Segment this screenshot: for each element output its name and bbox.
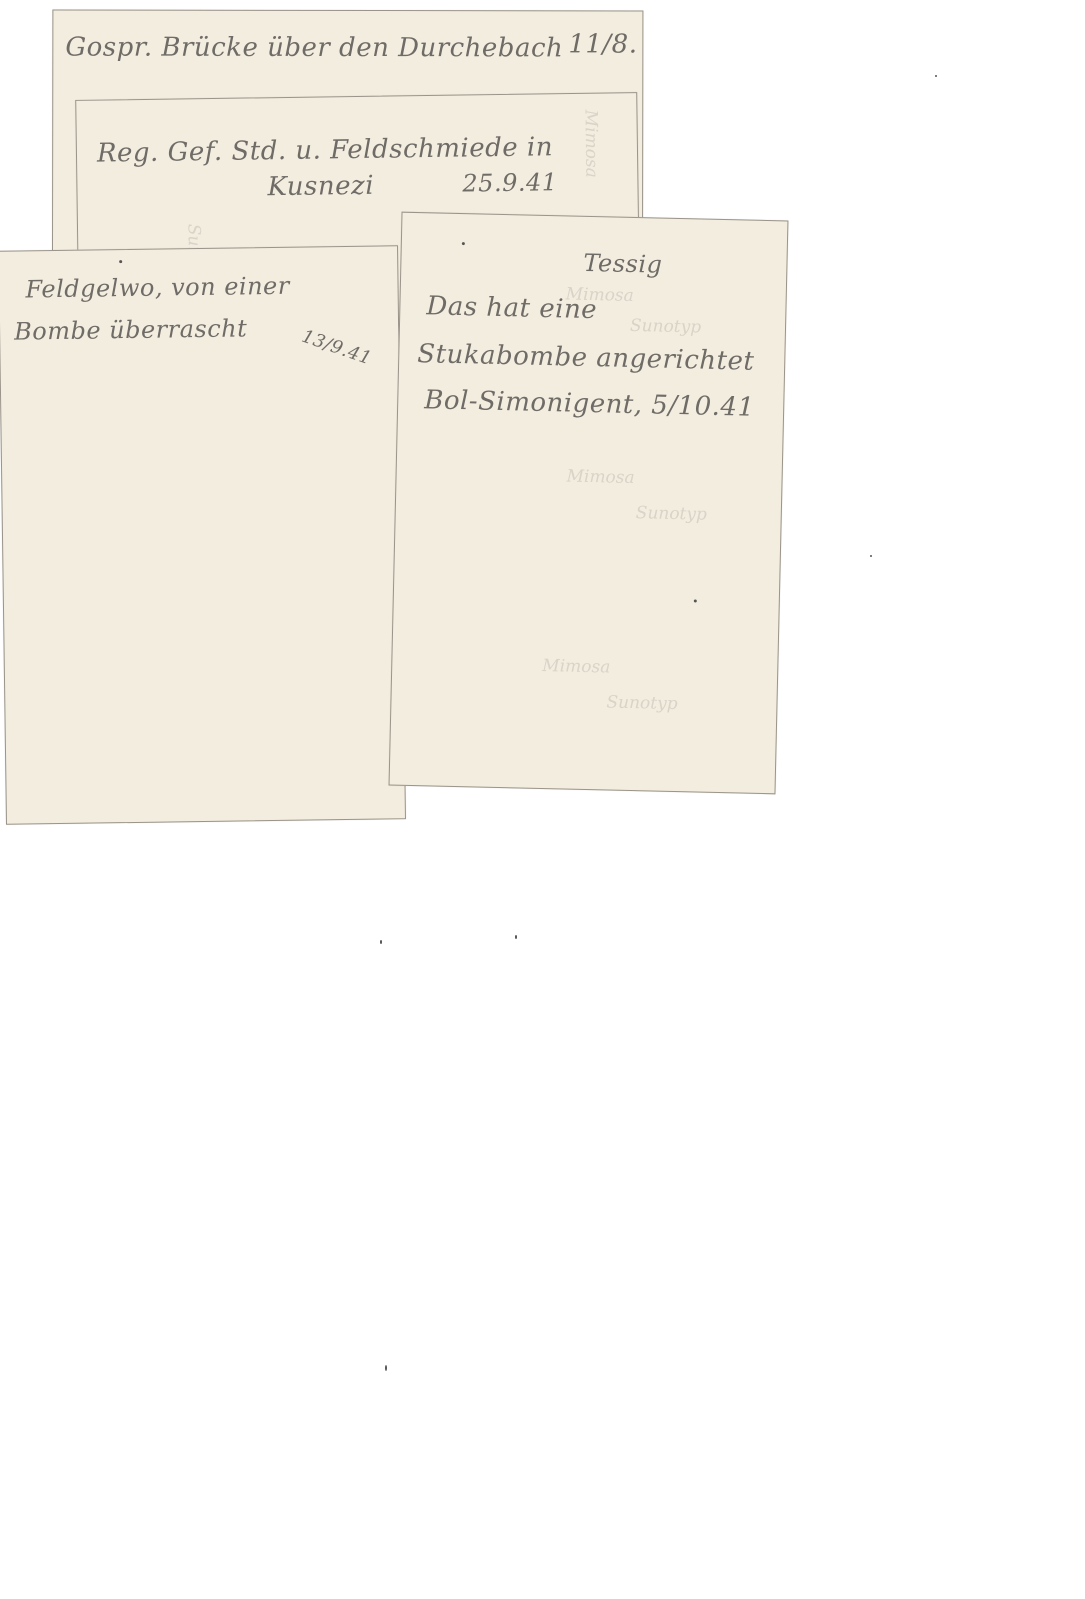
watermark-mimosa: Mimosa — [566, 466, 634, 488]
handwritten-caption-1: Gospr. Brücke über den Durchebach — [65, 33, 563, 64]
speck — [462, 242, 465, 245]
handwritten-caption-2b: Kusnezi — [267, 171, 374, 202]
speck — [380, 940, 382, 944]
handwritten-note-4: Tessig — [583, 249, 663, 279]
handwritten-date-1: 11/8. — [568, 29, 637, 59]
watermark-sunotyp: Sunotyp — [636, 503, 708, 525]
handwritten-date-3: 13/9.41 — [299, 326, 374, 370]
handwritten-caption-4b: Stukabombe angerichtet — [417, 339, 755, 377]
handwritten-caption-2a: Reg. Gef. Std. u. Feldschmiede in — [97, 132, 553, 168]
watermark-sunotyp: Sunotyp — [606, 692, 678, 714]
speck — [515, 935, 517, 939]
speck — [870, 555, 872, 557]
watermark-mimosa: Mimosa — [542, 656, 610, 678]
handwritten-caption-3a: Feldgelwo, von einer — [25, 272, 290, 304]
watermark-mimosa: Mimosa — [565, 284, 633, 306]
photo-back-card-4: Tessig Das hat eine Stukabombe angericht… — [389, 212, 789, 795]
speck — [935, 75, 937, 77]
handwritten-date-2: 25.9.41 — [462, 168, 557, 197]
speck — [694, 599, 697, 602]
speck — [119, 260, 122, 263]
speck — [385, 1365, 387, 1371]
watermark-sunotyp: Sunotyp — [630, 316, 702, 338]
handwritten-caption-3b: Bombe überrascht — [14, 314, 248, 345]
watermark-mimosa: Mimosa — [580, 110, 601, 178]
photo-back-card-3: Feldgelwo, von einer Bombe überrascht 13… — [0, 245, 406, 825]
handwritten-caption-4c: Bol-Simonigent, 5/10.41 — [424, 385, 755, 422]
